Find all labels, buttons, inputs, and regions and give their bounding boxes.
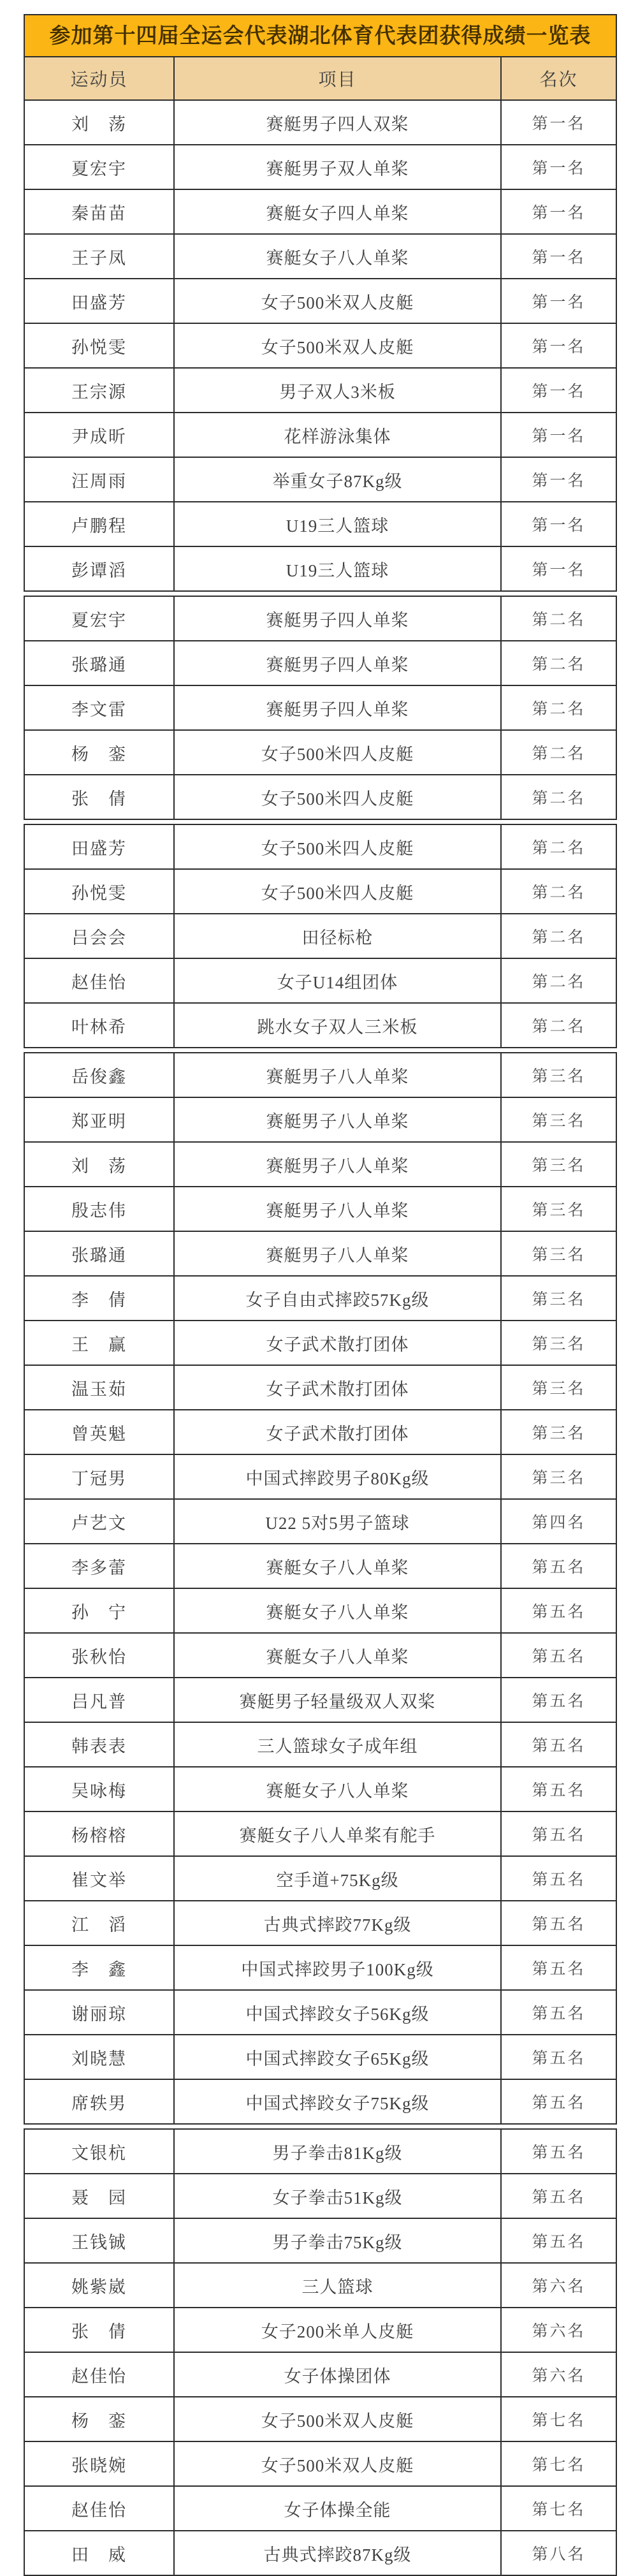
rank-value: 第五名: [500, 1723, 616, 1766]
event-name: 赛艇女子八人单桨: [173, 1767, 500, 1811]
table-row: 张璐通 赛艇男子八人单桨 第三名: [25, 1231, 616, 1275]
athlete-name: 丁冠男: [25, 1455, 173, 1498]
athlete-name: 秦苗苗: [25, 190, 173, 233]
event-name: 女子500米双人皮艇: [173, 2397, 500, 2441]
rank-value: 第五名: [500, 1812, 616, 1855]
event-name: 女子500米四人皮艇: [173, 825, 500, 868]
header-athlete-column: 运动员: [25, 57, 173, 99]
event-name: 田径标枪: [173, 914, 500, 958]
table-row: 崔文举 空手道+75Kg级 第五名: [25, 1855, 616, 1900]
event-name: 女子武术散打团体: [173, 1366, 500, 1409]
athlete-name: 王钱铖: [25, 2219, 173, 2262]
event-name: 赛艇女子八人单桨有舵手: [173, 1812, 500, 1855]
table-header: 运动员 项目 名次: [24, 57, 617, 101]
athlete-name: 文银杭: [25, 2130, 173, 2173]
table-title: 参加第十四届全运会代表湖北体育代表团获得成绩一览表: [24, 14, 617, 57]
event-name: 中国式摔跤女子75Kg级: [173, 2080, 500, 2123]
table-row: 杨榕榕 赛艇女子八人单桨有舵手 第五名: [25, 1811, 616, 1855]
table-row: 刘晓慧 中国式摔跤女子65Kg级 第五名: [25, 2034, 616, 2079]
rank-value: 第五名: [500, 2035, 616, 2079]
athlete-name: 刘晓慧: [25, 2035, 173, 2079]
table-row: 王子凤 赛艇女子八人单桨 第一名: [25, 233, 616, 278]
table-row: 彭谭滔 U19三人篮球 第一名: [25, 546, 616, 590]
table-row: 张晓婉 女子500米双人皮艇 第七名: [25, 2441, 616, 2485]
rank-value: 第三名: [500, 1277, 616, 1320]
event-name: 女子500米四人皮艇: [173, 775, 500, 819]
table-row: 叶林希 跳水女子双人三米板 第二名: [25, 1002, 616, 1047]
rank-value: 第一名: [500, 502, 616, 546]
table-row: 岳俊鑫 赛艇男子八人单桨 第三名: [25, 1053, 616, 1097]
event-name: 女子500米双人皮艇: [173, 279, 500, 323]
athlete-name: 赵佳怡: [25, 2487, 173, 2530]
event-name: U19三人篮球: [173, 547, 500, 590]
table-row: 王钱铖 男子拳击75Kg级 第五名: [25, 2218, 616, 2262]
athlete-name: 崔文举: [25, 1857, 173, 1900]
event-name: 赛艇男子四人双桨: [173, 101, 500, 144]
results-page: 参加第十四届全运会代表湖北体育代表团获得成绩一览表 运动员 项目 名次 刘 荡 …: [0, 0, 631, 2576]
table-row: 王宗源 男子双人3米板 第一名: [25, 367, 616, 412]
event-name: 女子500米四人皮艇: [173, 870, 500, 913]
athlete-name: 曾英魁: [25, 1410, 173, 1454]
event-name: 女子500米双人皮艇: [173, 2442, 500, 2485]
rank-value: 第七名: [500, 2487, 616, 2530]
rank-value: 第一名: [500, 235, 616, 278]
table-row: 张璐通 赛艇男子四人单桨 第二名: [25, 640, 616, 685]
event-name: 赛艇女子八人单桨: [173, 1634, 500, 1677]
event-name: 中国式摔跤男子100Kg级: [173, 1946, 500, 1989]
table-row: 田 威 古典式摔跤87Kg级 第八名: [25, 2530, 616, 2575]
table-row: 卢艺文 U22 5对5男子篮球 第四名: [25, 1498, 616, 1543]
table-row: 孙悦雯 女子500米双人皮艇 第一名: [25, 323, 616, 367]
rank-value: 第二名: [500, 641, 616, 685]
rank-value: 第二名: [500, 825, 616, 868]
athlete-name: 赵佳怡: [25, 2353, 173, 2396]
results-table: 参加第十四届全运会代表湖北体育代表团获得成绩一览表 运动员 项目 名次 刘 荡 …: [24, 14, 617, 2576]
rank-value: 第五名: [500, 1544, 616, 1588]
rank-value: 第八名: [500, 2531, 616, 2575]
table-row: 韩表表 三人篮球女子成年组 第五名: [25, 1722, 616, 1766]
event-name: 男子双人3米板: [173, 369, 500, 412]
rank-value: 第三名: [500, 1321, 616, 1365]
athlete-name: 夏宏宇: [25, 145, 173, 189]
table-row: 谢丽琼 中国式摔跤女子56Kg级 第五名: [25, 1989, 616, 2034]
event-name: 赛艇男子八人单桨: [173, 1187, 500, 1231]
event-name: 中国式摔跤女子56Kg级: [173, 1991, 500, 2034]
table-row: 孙悦雯 女子500米四人皮艇 第二名: [25, 868, 616, 913]
event-name: 古典式摔跤87Kg级: [173, 2531, 500, 2575]
event-name: 中国式摔跤男子80Kg级: [173, 1455, 500, 1498]
rank-value: 第五名: [500, 2080, 616, 2123]
event-name: 花样游泳集体: [173, 413, 500, 457]
athlete-name: 杨 銮: [25, 731, 173, 774]
athlete-name: 殷志伟: [25, 1187, 173, 1231]
event-name: 女子500米双人皮艇: [173, 324, 500, 367]
athlete-name: 聂 园: [25, 2174, 173, 2218]
table-row: 丁冠男 中国式摔跤男子80Kg级 第三名: [25, 1454, 616, 1498]
table-row: 吕会会 田径标枪 第二名: [25, 913, 616, 958]
event-name: 男子拳击81Kg级: [173, 2130, 500, 2173]
athlete-name: 李多蕾: [25, 1544, 173, 1588]
athlete-name: 谢丽琼: [25, 1991, 173, 2034]
rank-value: 第五名: [500, 1857, 616, 1900]
table-row: 张 倩 女子500米四人皮艇 第二名: [25, 774, 616, 819]
event-name: 女子武术散打团体: [173, 1321, 500, 1365]
table-row: 姚紫崴 三人篮球 第六名: [25, 2262, 616, 2307]
athlete-name: 王宗源: [25, 369, 173, 412]
table-section: 岳俊鑫 赛艇男子八人单桨 第三名 郑亚明 赛艇男子八人单桨 第三名 刘 荡 赛艇…: [24, 1052, 617, 2125]
event-name: 女子体操团体: [173, 2353, 500, 2396]
event-name: 女子自由式摔跤57Kg级: [173, 1277, 500, 1320]
rank-value: 第一名: [500, 101, 616, 144]
event-name: 赛艇女子八人单桨: [173, 1589, 500, 1632]
event-name: 女子武术散打团体: [173, 1410, 500, 1454]
table-row: 李文雷 赛艇男子四人单桨 第二名: [25, 685, 616, 729]
table-row: 文银杭 男子拳击81Kg级 第五名: [25, 2130, 616, 2173]
athlete-name: 田盛芳: [25, 279, 173, 323]
athlete-name: 田盛芳: [25, 825, 173, 868]
athlete-name: 孙悦雯: [25, 870, 173, 913]
rank-value: 第二名: [500, 775, 616, 819]
table-row: 江 滔 古典式摔跤77Kg级 第五名: [25, 1900, 616, 1945]
rank-value: 第五名: [500, 1589, 616, 1632]
event-name: 赛艇男子八人单桨: [173, 1143, 500, 1186]
table-row: 聂 园 女子拳击51Kg级 第五名: [25, 2173, 616, 2218]
table-row: 秦苗苗 赛艇女子四人单桨 第一名: [25, 189, 616, 233]
athlete-name: 江 滔: [25, 1901, 173, 1945]
athlete-name: 卢艺文: [25, 1500, 173, 1543]
event-name: 女子体操全能: [173, 2487, 500, 2530]
athlete-name: 李 倩: [25, 1277, 173, 1320]
athlete-name: 王子凤: [25, 235, 173, 278]
rank-value: 第五名: [500, 2219, 616, 2262]
table-row: 吕凡普 赛艇男子轻量级双人双桨 第五名: [25, 1677, 616, 1722]
athlete-name: 吕凡普: [25, 1678, 173, 1722]
rank-value: 第五名: [500, 1767, 616, 1811]
event-name: 赛艇男子四人单桨: [173, 686, 500, 729]
rank-value: 第四名: [500, 1500, 616, 1543]
event-name: 男子拳击75Kg级: [173, 2219, 500, 2262]
rank-value: 第一名: [500, 145, 616, 189]
rank-value: 第七名: [500, 2442, 616, 2485]
athlete-name: 吕会会: [25, 914, 173, 958]
header-event-column: 项目: [173, 57, 500, 99]
event-name: 赛艇男子轻量级双人双桨: [173, 1678, 500, 1722]
table-row: 李 倩 女子自由式摔跤57Kg级 第三名: [25, 1275, 616, 1320]
rank-value: 第六名: [500, 2264, 616, 2307]
rank-value: 第五名: [500, 1991, 616, 2034]
table-row: 殷志伟 赛艇男子八人单桨 第三名: [25, 1186, 616, 1231]
table-row: 田盛芳 女子500米双人皮艇 第一名: [25, 278, 616, 323]
event-name: U19三人篮球: [173, 502, 500, 546]
athlete-name: 孙 宁: [25, 1589, 173, 1632]
rank-value: 第五名: [500, 2130, 616, 2173]
event-name: 古典式摔跤77Kg级: [173, 1901, 500, 1945]
table-row: 孙 宁 赛艇女子八人单桨 第五名: [25, 1588, 616, 1632]
athlete-name: 姚紫崴: [25, 2264, 173, 2307]
rank-value: 第三名: [500, 1232, 616, 1275]
rank-value: 第二名: [500, 870, 616, 913]
athlete-name: 杨 銮: [25, 2397, 173, 2441]
event-name: 赛艇男子八人单桨: [173, 1098, 500, 1141]
athlete-name: 尹成昕: [25, 413, 173, 457]
rank-value: 第二名: [500, 686, 616, 729]
rank-value: 第一名: [500, 190, 616, 233]
table-row: 张秋怡 赛艇女子八人单桨 第五名: [25, 1632, 616, 1677]
event-name: 赛艇男子四人单桨: [173, 597, 500, 640]
athlete-name: 彭谭滔: [25, 547, 173, 590]
rank-value: 第六名: [500, 2353, 616, 2396]
athlete-name: 卢鹏程: [25, 502, 173, 546]
athlete-name: 席轶男: [25, 2080, 173, 2123]
athlete-name: 韩表表: [25, 1723, 173, 1766]
table-row: 汪周雨 举重女子87Kg级 第一名: [25, 457, 616, 501]
table-row: 赵佳怡 女子体操全能 第七名: [25, 2485, 616, 2530]
table-row: 温玉茹 女子武术散打团体 第三名: [25, 1365, 616, 1409]
rank-value: 第五名: [500, 2174, 616, 2218]
event-name: 中国式摔跤女子65Kg级: [173, 2035, 500, 2079]
athlete-name: 叶林希: [25, 1004, 173, 1047]
athlete-name: 李 鑫: [25, 1946, 173, 1989]
rank-value: 第二名: [500, 597, 616, 640]
event-name: 赛艇女子八人单桨: [173, 235, 500, 278]
rank-value: 第七名: [500, 2397, 616, 2441]
rank-value: 第一名: [500, 547, 616, 590]
rank-value: 第三名: [500, 1053, 616, 1097]
athlete-name: 张 倩: [25, 775, 173, 819]
athlete-name: 王 赢: [25, 1321, 173, 1365]
athlete-name: 汪周雨: [25, 458, 173, 501]
header-rank-column: 名次: [500, 57, 616, 99]
table-row: 田盛芳 女子500米四人皮艇 第二名: [25, 825, 616, 868]
rank-value: 第六名: [500, 2308, 616, 2352]
event-name: 举重女子87Kg级: [173, 458, 500, 501]
rank-value: 第一名: [500, 324, 616, 367]
event-name: 三人篮球女子成年组: [173, 1723, 500, 1766]
table-body: 刘 荡 赛艇男子四人双桨 第一名 夏宏宇 赛艇男子双人单桨 第一名 秦苗苗 赛艇…: [24, 101, 617, 2576]
athlete-name: 岳俊鑫: [25, 1053, 173, 1097]
table-row: 吴咏梅 赛艇女子八人单桨 第五名: [25, 1766, 616, 1811]
table-row: 郑亚明 赛艇男子八人单桨 第三名: [25, 1097, 616, 1141]
rank-value: 第五名: [500, 1634, 616, 1677]
rank-value: 第三名: [500, 1455, 616, 1498]
event-name: 女子200米单人皮艇: [173, 2308, 500, 2352]
table-row: 杨 銮 女子500米双人皮艇 第七名: [25, 2396, 616, 2441]
event-name: U22 5对5男子篮球: [173, 1500, 500, 1543]
athlete-name: 李文雷: [25, 686, 173, 729]
rank-value: 第二名: [500, 959, 616, 1002]
table-row: 刘 荡 赛艇男子四人双桨 第一名: [25, 101, 616, 144]
rank-value: 第三名: [500, 1143, 616, 1186]
rank-value: 第五名: [500, 1946, 616, 1989]
rank-value: 第三名: [500, 1098, 616, 1141]
table-row: 李 鑫 中国式摔跤男子100Kg级 第五名: [25, 1945, 616, 1989]
athlete-name: 杨榕榕: [25, 1812, 173, 1855]
event-name: 赛艇男子双人单桨: [173, 145, 500, 189]
rank-value: 第一名: [500, 458, 616, 501]
event-name: 女子拳击51Kg级: [173, 2174, 500, 2218]
table-section: 田盛芳 女子500米四人皮艇 第二名 孙悦雯 女子500米四人皮艇 第二名 吕会…: [24, 824, 617, 1048]
table-row: 王 赢 女子武术散打团体 第三名: [25, 1320, 616, 1365]
rank-value: 第五名: [500, 1678, 616, 1722]
table-row: 张 倩 女子200米单人皮艇 第六名: [25, 2307, 616, 2352]
table-row: 刘 荡 赛艇男子八人单桨 第三名: [25, 1141, 616, 1186]
rank-value: 第一名: [500, 279, 616, 323]
event-name: 赛艇男子四人单桨: [173, 641, 500, 685]
table-row: 李多蕾 赛艇女子八人单桨 第五名: [25, 1543, 616, 1588]
event-name: 赛艇男子八人单桨: [173, 1232, 500, 1275]
event-name: 赛艇女子八人单桨: [173, 1544, 500, 1588]
athlete-name: 张璐通: [25, 641, 173, 685]
rank-value: 第五名: [500, 1901, 616, 1945]
table-row: 赵佳怡 女子U14组团体 第二名: [25, 958, 616, 1002]
table-section: 刘 荡 赛艇男子四人双桨 第一名 夏宏宇 赛艇男子双人单桨 第一名 秦苗苗 赛艇…: [24, 101, 617, 592]
athlete-name: 孙悦雯: [25, 324, 173, 367]
event-name: 赛艇男子八人单桨: [173, 1053, 500, 1097]
table-row: 曾英魁 女子武术散打团体 第三名: [25, 1409, 616, 1454]
table-row: 席轶男 中国式摔跤女子75Kg级 第五名: [25, 2079, 616, 2123]
table-row: 杨 銮 女子500米四人皮艇 第二名: [25, 729, 616, 774]
athlete-name: 吴咏梅: [25, 1767, 173, 1811]
athlete-name: 刘 荡: [25, 1143, 173, 1186]
rank-value: 第二名: [500, 731, 616, 774]
table-row: 卢鹏程 U19三人篮球 第一名: [25, 501, 616, 546]
rank-value: 第三名: [500, 1187, 616, 1231]
athlete-name: 张秋怡: [25, 1634, 173, 1677]
rank-value: 第一名: [500, 413, 616, 457]
athlete-name: 夏宏宇: [25, 597, 173, 640]
rank-value: 第二名: [500, 1004, 616, 1047]
athlete-name: 温玉茹: [25, 1366, 173, 1409]
event-name: 空手道+75Kg级: [173, 1857, 500, 1900]
athlete-name: 张晓婉: [25, 2442, 173, 2485]
athlete-name: 赵佳怡: [25, 959, 173, 1002]
event-name: 跳水女子双人三米板: [173, 1004, 500, 1047]
rank-value: 第二名: [500, 914, 616, 958]
rank-value: 第三名: [500, 1366, 616, 1409]
athlete-name: 刘 荡: [25, 101, 173, 144]
table-row: 赵佳怡 女子体操团体 第六名: [25, 2352, 616, 2396]
rank-value: 第一名: [500, 369, 616, 412]
event-name: 女子500米四人皮艇: [173, 731, 500, 774]
event-name: 赛艇女子四人单桨: [173, 190, 500, 233]
event-name: 三人篮球: [173, 2264, 500, 2307]
table-row: 夏宏宇 赛艇男子四人单桨 第二名: [25, 597, 616, 640]
athlete-name: 张璐通: [25, 1232, 173, 1275]
event-name: 女子U14组团体: [173, 959, 500, 1002]
athlete-name: 郑亚明: [25, 1098, 173, 1141]
rank-value: 第三名: [500, 1410, 616, 1454]
athlete-name: 张 倩: [25, 2308, 173, 2352]
table-section: 夏宏宇 赛艇男子四人单桨 第二名 张璐通 赛艇男子四人单桨 第二名 李文雷 赛艇…: [24, 596, 617, 820]
athlete-name: 田 威: [25, 2531, 173, 2575]
table-section: 文银杭 男子拳击81Kg级 第五名 聂 园 女子拳击51Kg级 第五名 王钱铖 …: [24, 2128, 617, 2576]
table-row: 夏宏宇 赛艇男子双人单桨 第一名: [25, 144, 616, 189]
table-row: 尹成昕 花样游泳集体 第一名: [25, 412, 616, 457]
